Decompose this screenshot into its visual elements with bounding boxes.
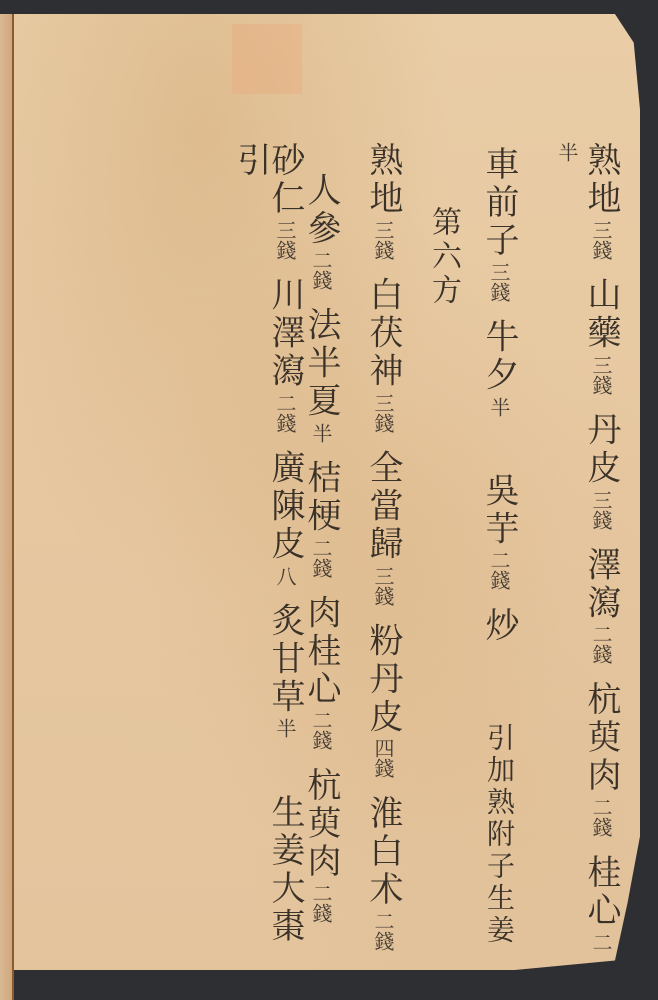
herb: 杭萸肉 — [301, 767, 341, 881]
herb: 粉丹皮 — [363, 622, 403, 736]
dose: 二錢 — [371, 911, 395, 951]
herb: 桔梗 — [301, 460, 341, 536]
dose: 二錢 — [309, 710, 333, 750]
herb: 山藥 — [581, 277, 621, 353]
dose: 二錢 — [309, 250, 333, 290]
herb: 車前子 — [479, 146, 519, 260]
herb: 全當歸 — [363, 450, 403, 564]
herb: 炒 — [479, 607, 519, 645]
dose: 半 — [309, 423, 333, 443]
herb: 淮白术 — [363, 795, 403, 909]
herb: 熟地 — [363, 142, 403, 218]
dose: 二錢 — [309, 883, 333, 923]
dose: 三錢 — [589, 355, 613, 395]
dose: 二錢 — [487, 550, 511, 590]
herb: 丹皮 — [581, 412, 621, 488]
dose: 半 — [273, 718, 297, 738]
herb: 砂仁 — [265, 142, 305, 218]
herb: 熟地 — [581, 142, 621, 218]
prescription-column-1: 熟地三錢 山藥三錢 丹皮三錢 澤瀉二錢 杭萸肉二錢 桂心二半 — [550, 142, 618, 970]
dose: 半 — [487, 397, 511, 417]
adjacent-page-edge — [0, 14, 14, 1000]
prescription-column-2: 車前子三錢 牛夕半 吳芋二錢 炒 引加熟附子生姜 — [482, 146, 516, 947]
prescription-column-6: 砂仁三錢 川澤瀉二錢 廣陳皮八 炙甘草半 生姜大棗引 — [234, 142, 302, 970]
prescription-column-5: 人參二錢 法半夏半 桔梗二錢 肉桂心二錢 杭萸肉二錢 — [304, 172, 338, 925]
dose: 二錢 — [309, 538, 333, 578]
dose: 二錢 — [273, 393, 297, 433]
herb: 桂心 — [581, 854, 621, 930]
faded-seal-stamp — [232, 24, 302, 94]
dose: 四錢 — [371, 738, 395, 778]
manuscript-page: 熟地三錢 山藥三錢 丹皮三錢 澤瀉二錢 杭萸肉二錢 桂心二半 車前子三錢 牛夕半… — [14, 14, 640, 970]
dose: 三錢 — [273, 220, 297, 260]
guide-instruction: 引加熟附子生姜 — [483, 723, 516, 947]
dose: 二錢 — [589, 797, 613, 837]
prescription-column-4: 熟地三錢 白茯神三錢 全當歸三錢 粉丹皮四錢 淮白术二錢 — [366, 142, 400, 953]
dose: 八 — [273, 566, 297, 586]
herb: 吳芋 — [479, 472, 519, 548]
herb: 杭萸肉 — [581, 681, 621, 795]
herb: 川澤瀉 — [265, 277, 305, 391]
prescription-heading: 第六方 — [428, 206, 458, 308]
dose: 三錢 — [371, 566, 395, 606]
herb: 廣陳皮 — [265, 450, 305, 564]
herb: 人參 — [301, 172, 341, 248]
dose: 三錢 — [371, 393, 395, 433]
herb: 白茯神 — [363, 277, 403, 391]
herb: 炙甘草 — [265, 602, 305, 716]
herb: 肉桂心 — [301, 594, 341, 708]
dose: 三錢 — [589, 220, 613, 260]
dose: 三錢 — [487, 262, 511, 302]
formula-number: 第六方 — [426, 206, 461, 308]
herb: 澤瀉 — [581, 546, 621, 622]
herb: 法半夏 — [301, 307, 341, 421]
dose: 二錢 — [589, 624, 613, 664]
dose: 三錢 — [371, 220, 395, 260]
herb: 牛夕 — [479, 319, 519, 395]
dose: 三錢 — [589, 490, 613, 530]
